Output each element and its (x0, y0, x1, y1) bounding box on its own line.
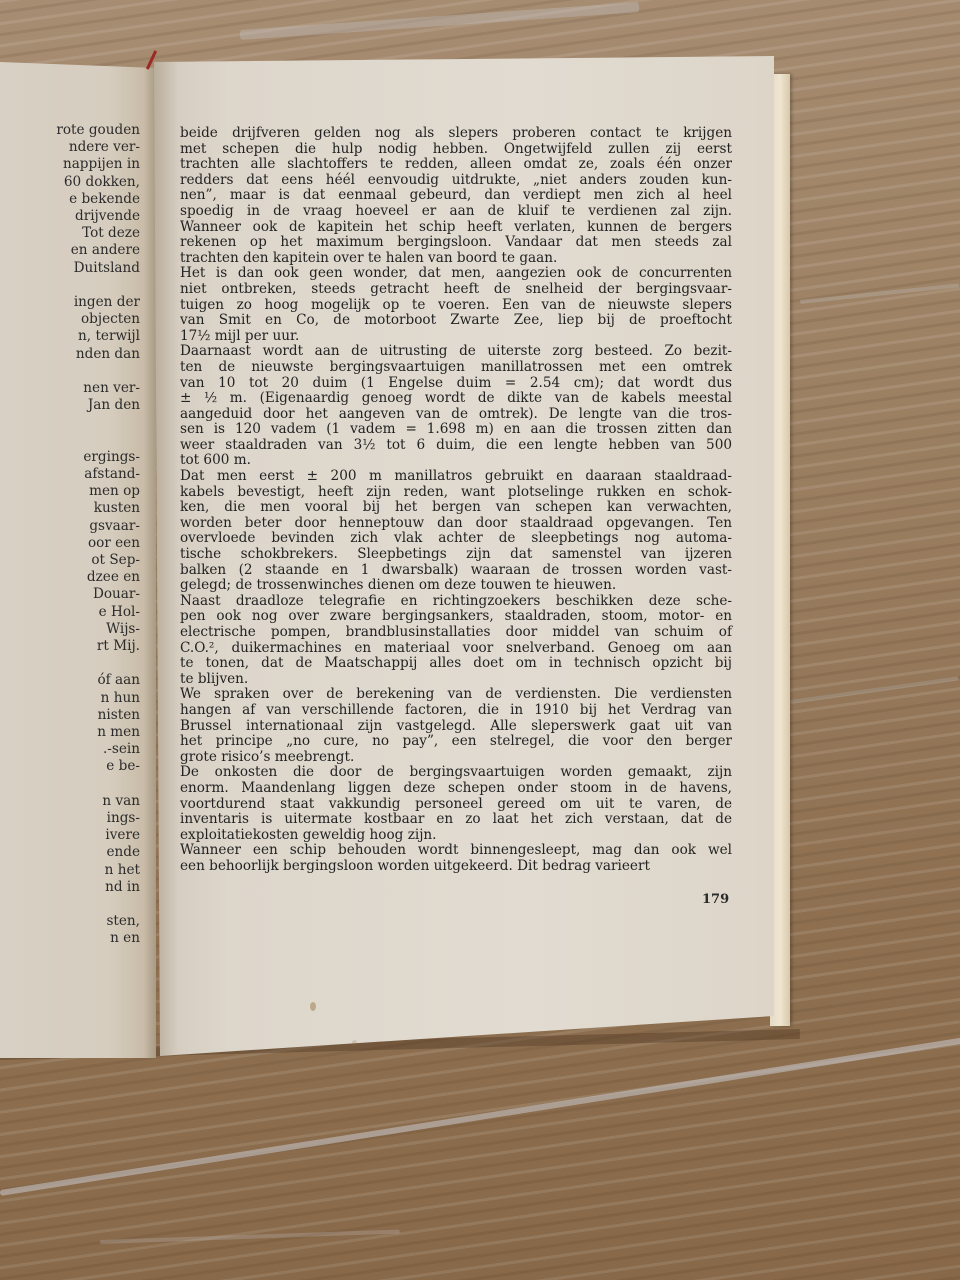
text-line-fragment: drijvende (0, 208, 140, 225)
text-line: Het is dan ook geen wonder, dat men, aan… (180, 266, 732, 282)
text-line: inventaris is uitermate kostbaar en zo l… (180, 812, 732, 828)
text-line: voortdurend staat vakkundig personeel ge… (180, 797, 732, 813)
text-line-fragment: e be- (0, 758, 140, 775)
text-line: gelegd; de trossenwinches dienen om deze… (180, 578, 732, 594)
text-line: een behoorlijk bergingsloon worden uitge… (180, 859, 732, 875)
text-line: Wanneer een schip behouden wordt binneng… (180, 843, 732, 859)
text-line-fragment: n, terwijl (0, 328, 140, 345)
text-line: te tonen, dat de Maatschappij alles doet… (180, 656, 732, 672)
paragraph-gap (0, 363, 140, 380)
text-line: beide drijfveren gelden nog als slepers … (180, 126, 732, 142)
text-line: tische schokbrekers. Sleepbetings zijn d… (180, 547, 732, 563)
text-line-fragment: Duitsland (0, 260, 140, 277)
text-line-fragment: .-sein (0, 741, 140, 758)
text-line-fragment: rote gouden (0, 122, 140, 139)
text-line: tuigen zo hoog mogelijk op te voeren. Ee… (180, 298, 732, 314)
text-line: exploitatiekosten geweldig hoog zijn. (180, 828, 732, 844)
text-line: aangeduid door het aangeven van de omtre… (180, 407, 732, 423)
text-line: van 10 tot 20 duim (1 Engelse duim = 2.5… (180, 376, 732, 392)
text-line-fragment: n hun (0, 690, 140, 707)
text-line: van Smit en Co, de motorboot Zwarte Zee,… (180, 313, 732, 329)
text-line: spoedig in de vraag hoeveel er aan de kl… (180, 204, 732, 220)
text-line-fragment: óf aan (0, 672, 140, 689)
text-line-fragment: kusten (0, 500, 140, 517)
text-line-fragment: nd in (0, 879, 140, 896)
text-line: tot 600 m. (180, 453, 732, 469)
text-line: trachten alle slachtoffers te redden, al… (180, 157, 732, 173)
paragraph-gap (0, 277, 140, 294)
text-line: balken (2 staande en 1 dwarsbalk) waaraa… (180, 563, 732, 579)
text-line: het principe „no cure, no pay”, een stel… (180, 734, 732, 750)
text-line: trachten den kapitein over te halen van … (180, 251, 732, 267)
text-line: nen”, maar is dat eenmaal gebeurd, dan v… (180, 188, 732, 204)
text-line-fragment: sten, (0, 913, 140, 930)
text-line: pen ook nog over zware bergingsankers, s… (180, 609, 732, 625)
text-line-fragment: ingen der (0, 294, 140, 311)
text-line-fragment: Wijs- (0, 621, 140, 638)
text-line-fragment: ergings- (0, 449, 140, 466)
text-line-fragment: Tot deze (0, 225, 140, 242)
text-line-fragment: nappijen in (0, 156, 140, 173)
text-line: Daarnaast wordt aan de uitrusting de uit… (180, 344, 732, 360)
text-line: ± ½ m. (Eigenaardig genoeg wordt de dikt… (180, 391, 732, 407)
text-line-fragment: afstand- (0, 466, 140, 483)
wood-grain-streak (0, 1037, 960, 1196)
text-line: ken, die men vooral bij het bergen van s… (180, 500, 732, 516)
text-line: redders dat eens héél eenvoudig uitdrukt… (180, 173, 732, 189)
text-line: Naast draadloze telegrafie en richtingzo… (180, 594, 732, 610)
paragraph-gap (0, 896, 140, 913)
text-line-fragment: ings- (0, 810, 140, 827)
text-line: C.O.², duikermachines en materiaal voor … (180, 641, 732, 657)
text-line: De onkosten die door de bergingsvaartuig… (180, 765, 732, 781)
text-line: We spraken over de berekening van de ver… (180, 687, 732, 703)
text-line-fragment: e Hol- (0, 604, 140, 621)
text-line-fragment: nen ver- (0, 380, 140, 397)
text-line: rekenen op het maximum bergingsloon. Van… (180, 235, 732, 251)
text-line-fragment: nisten (0, 707, 140, 724)
text-line: enorm. Maandenlang liggen deze schepen o… (180, 781, 732, 797)
text-line-fragment: Jan den (0, 397, 140, 414)
text-line-fragment: Douar- (0, 586, 140, 603)
text-line-fragment: n men (0, 724, 140, 741)
paper-stain (310, 1002, 316, 1011)
text-line: Brussel internationaal zijn vastgelegd. … (180, 719, 732, 735)
text-line-fragment: ivere (0, 827, 140, 844)
text-line: grote risico’s meebrengt. (180, 750, 732, 766)
text-line-fragment: n en (0, 930, 140, 947)
page-number: 179 (702, 892, 729, 907)
wood-grain-streak (790, 676, 959, 704)
text-line-fragment: e bekende (0, 191, 140, 208)
text-line: te blijven. (180, 672, 732, 688)
text-line-fragment: rt Mij. (0, 638, 140, 655)
text-line: Wanneer ook de kapitein het schip heeft … (180, 220, 732, 236)
text-line-fragment: ot Sep- (0, 552, 140, 569)
text-line-fragment: men op (0, 483, 140, 500)
text-line-fragment: ndere ver- (0, 139, 140, 156)
wood-grain-streak (100, 1230, 400, 1244)
paragraph-gap (0, 655, 140, 672)
text-line-fragment: n het (0, 862, 140, 879)
right-page-body-text: beide drijfveren gelden nog als slepers … (180, 126, 732, 875)
paragraph-gap (0, 432, 140, 449)
wood-grain-streak (800, 283, 960, 304)
left-page-text: rote goudenndere ver-nappijen in60 dokke… (0, 122, 140, 948)
text-line-fragment: gsvaar- (0, 518, 140, 535)
text-line: ten de nieuwste bergingsvaartuigen manil… (180, 360, 732, 376)
wood-grain-streak (240, 2, 640, 40)
paragraph-gap (0, 776, 140, 793)
paper-stain (352, 1040, 357, 1046)
text-line: 17½ mijl per uur. (180, 329, 732, 345)
text-line-fragment: oor een (0, 535, 140, 552)
text-line: electrische pompen, brandblusinstallatie… (180, 625, 732, 641)
text-line-fragment: objecten (0, 311, 140, 328)
text-line: met schepen die hulp nodig hebben. Onget… (180, 142, 732, 158)
text-line: weer staaldraden van 3½ tot 6 duim, die … (180, 438, 732, 454)
text-line-fragment: dzee en (0, 569, 140, 586)
text-line-fragment: en andere (0, 242, 140, 259)
text-line: worden beter door henneptouw dan door st… (180, 516, 732, 532)
text-line: niet ontbreken, steeds getracht heeft de… (180, 282, 732, 298)
text-line: overvloede bevinden zich vlak achter de … (180, 531, 732, 547)
paragraph-gap (0, 414, 140, 431)
text-line-fragment: nden dan (0, 346, 140, 363)
text-line-fragment: ende (0, 844, 140, 861)
text-line: sen is 120 vadem (1 vadem = 1.698 m) en … (180, 422, 732, 438)
text-line: kabels bevestigt, heeft zijn reden, want… (180, 485, 732, 501)
text-line: hangen af van verschillende factoren, di… (180, 703, 732, 719)
text-line-fragment: 60 dokken, (0, 174, 140, 191)
text-line-fragment: n van (0, 793, 140, 810)
text-line: Dat men eerst ± 200 m manillatros gebrui… (180, 469, 732, 485)
